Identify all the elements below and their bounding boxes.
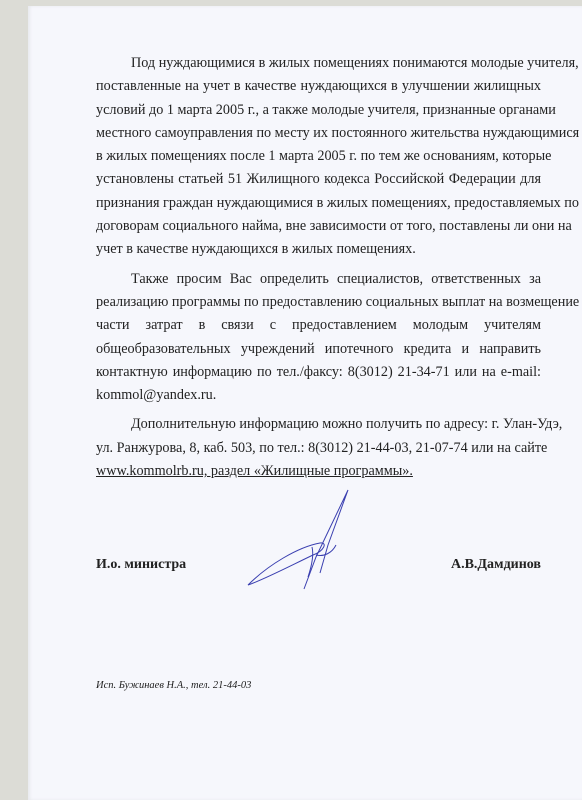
text-line: общеобразовательных учреждений ипотечног…	[96, 338, 541, 361]
letter-body: Под нуждающимися в жилых помещениях пони…	[96, 52, 541, 483]
text-line: поставленные на учет в качестве нуждающи…	[96, 75, 541, 98]
text-line: признания граждан нуждающимися в жилых п…	[96, 192, 541, 215]
text-line: установлены статьей 51 Жилищного кодекса…	[96, 168, 541, 191]
text-line: части затрат в связи с предоставлением м…	[96, 314, 541, 337]
text-line: Под нуждающимися в жилых помещениях пони…	[96, 52, 541, 75]
website-link[interactable]: www.kommolrb.ru, раздел «Жилищные програ…	[96, 460, 541, 483]
text-line: реализацию программы по предоставлению с…	[96, 291, 541, 314]
executor-note: Исп. Бужинаев Н.А., тел. 21-44-03	[96, 680, 251, 691]
text-line: Дополнительную информацию можно получить…	[96, 413, 541, 436]
text-line: местного самоуправления по месту их пост…	[96, 122, 541, 145]
text-line: Также просим Вас определить специалистов…	[96, 268, 541, 291]
text-line: ул. Ранжурова, 8, каб. 503, по тел.: 8(3…	[96, 437, 541, 460]
text-line: в жилых помещениях после 1 марта 2005 г.…	[96, 145, 541, 168]
text-line: контактную информацию по тел./факсу: 8(3…	[96, 361, 541, 384]
signatory-name: А.В.Дамдинов	[451, 557, 541, 573]
paragraph-request-specialists: Также просим Вас определить специалистов…	[96, 268, 541, 408]
contact-email: kommol@yandex.ru.	[96, 384, 541, 407]
text-line: договорам социального найма, вне зависим…	[96, 215, 541, 238]
text-line: условий до 1 марта 2005 г., а также моло…	[96, 99, 541, 122]
signatory-title: И.о. министра	[96, 557, 186, 573]
text-line: учет в качестве нуждающихся в жилых поме…	[96, 238, 541, 261]
handwritten-signature	[228, 485, 358, 595]
paragraph-needy-definition: Под нуждающимися в жилых помещениях пони…	[96, 52, 541, 262]
paragraph-additional-info: Дополнительную информацию можно получить…	[96, 413, 541, 483]
